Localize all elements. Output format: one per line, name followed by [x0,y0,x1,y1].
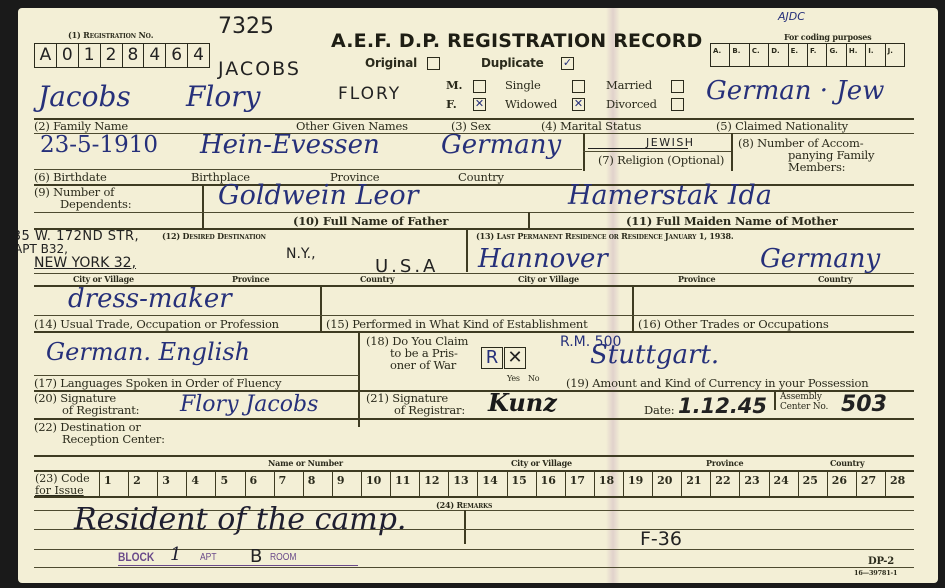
code-cell[interactable]: 11 [391,472,420,496]
strikeout [588,148,688,149]
coding-box[interactable]: F. [808,44,827,66]
code-cell[interactable]: 26 [828,472,857,496]
code-name-header: Name or Number [268,458,343,468]
destination-state-value: N.Y., [286,246,316,262]
print-code: 16—39781-1 [854,569,897,577]
remarks-handwritten: Resident of the camp. [74,502,406,537]
code-cell[interactable]: 16 [537,472,566,496]
form-number: DP-2 [868,556,894,567]
family-members-label-3: Members: [788,160,845,174]
assembly-center-value: 503 [841,392,887,417]
divider [320,285,322,331]
marital-single-checkbox[interactable] [572,80,585,93]
reg-digit: A [35,44,57,67]
destination-country-label: Country [360,274,395,284]
code-cell[interactable]: 18 [595,472,624,496]
coding-purposes-label: For coding purposes [784,32,871,42]
coding-box[interactable]: I. [866,44,885,66]
rule [34,567,914,568]
sex-male-checkbox[interactable] [473,80,486,93]
reg-digit: 4 [188,44,209,67]
rule [34,212,914,213]
rule [34,315,914,316]
mother-name-value: Hamerstak Ida [568,180,772,211]
reg-digit: 2 [101,44,123,67]
last-residence-country-value: Germany [760,244,880,274]
sex-female-checkbox[interactable]: ✕ [473,98,486,111]
code-cell[interactable]: 17 [566,472,595,496]
other-trades-label: (16) Other Trades or Occupations [638,317,829,331]
code-province-header: Province [706,458,743,468]
duplicate-checkbox[interactable]: ✓ [561,57,574,70]
corner-annotation: AJDC [778,10,805,23]
divider [632,285,634,331]
divider [358,331,360,427]
duplicate-label: Duplicate [481,56,544,70]
top-number: 7325 [218,14,274,39]
mother-name-label: (11) Full Maiden Name of Mother [626,214,838,228]
divider [774,390,776,410]
family-name-label: (2) Family Name [34,119,128,133]
stamp-underline [118,565,358,566]
rule [34,549,914,550]
languages-value: German. English [46,338,250,366]
typed-given-name: FLORY [338,84,401,104]
reception-label-2: Reception Center: [62,432,165,446]
stamp-block-label: BLOCK [118,550,154,564]
birthdate-label: (6) Birthdate [34,170,107,184]
code-cell[interactable]: 21 [682,472,711,496]
last-residence-city-value: Hannover [478,244,608,274]
code-cell[interactable]: 20 [653,472,682,496]
currency-label: (19) Amount and Kind of Currency in your… [566,376,868,390]
stamp-apt-label: APT [200,552,217,563]
code-cell[interactable]: 14 [478,472,507,496]
marital-single-label: Single [505,78,541,92]
divider [202,184,204,230]
rule [34,331,914,333]
remarks-code: F-36 [640,528,682,550]
registration-card: AJDC 7325 (1) Registration No. A 0 1 2 8… [18,8,938,583]
claimed-nationality-value: German · Jew [706,76,884,106]
code-label-2: for Issue [35,484,84,497]
trade-value: dress-maker [68,284,232,314]
marital-widowed-checkbox[interactable]: ✕ [572,98,585,111]
marital-divorced-label: Divorced [606,97,657,111]
reg-digit: 0 [57,44,79,67]
residence-province-label: Province [678,274,715,284]
form-title: A.E.F. D.P. REGISTRATION RECORD [331,30,703,52]
registrar-signature: Kunz [488,388,557,417]
stamp-room-label: ROOM [270,552,296,563]
coding-box[interactable]: E. [789,44,808,66]
coding-box[interactable]: G. [827,44,846,66]
reg-digit: 8 [123,44,145,67]
destination-address-line3: NEW YORK 32, [34,255,136,271]
coding-box[interactable]: D. [769,44,788,66]
assembly-label-2: Center No. [780,402,828,412]
code-cell[interactable]: 12 [420,472,449,496]
code-cell[interactable]: 9 [333,472,362,496]
reg-digit: 1 [79,44,101,67]
date-value: 1.12.45 [678,394,767,418]
rule [34,529,914,530]
typed-family-name: JACOBS [218,58,301,80]
reg-digit: 6 [166,44,188,67]
rule [34,228,914,230]
rule [583,151,733,152]
code-cell[interactable]: 5 [216,472,245,496]
handwritten-family-name: Jacobs [38,80,131,113]
pow-label-3: oner of War [390,358,456,372]
stamp-apt-value: B [250,546,262,567]
code-for-issue-grid: (23) Code for Issue 1 2 3 4 5 6 7 8 9 10… [34,470,914,498]
religion-label: (7) Religion (Optional) [598,153,724,167]
rule [34,273,914,274]
registration-number-label: (1) Registration No. [68,30,153,40]
code-cell[interactable]: 2 [129,472,158,496]
registration-number-boxes: A 0 1 2 8 4 6 4 [34,43,210,68]
birth-country-label: Country [458,170,504,184]
registrar-signature-label-2: of Registrar: [394,403,465,417]
code-cell[interactable]: 24 [770,472,799,496]
residence-country-label: Country [818,274,853,284]
code-cell[interactable]: 4 [187,472,216,496]
coding-box[interactable]: C. [750,44,769,66]
coding-box[interactable]: B. [730,44,749,66]
sex-male-label: M. [446,78,462,92]
sex-female-label: F. [446,97,457,111]
pow-no-box[interactable]: ✕ [504,347,526,369]
dependents-label-2: Dependents: [60,197,131,211]
divider [466,228,468,272]
destination-city-label: City or Village [73,274,134,284]
trade-label: (14) Usual Trade, Occupation or Professi… [34,317,279,331]
code-cell[interactable]: 8 [304,472,333,496]
marital-married-label: Married [606,78,652,92]
claimed-nationality-label: (5) Claimed Nationality [716,119,848,133]
pow-yes-label: Yes [507,374,520,383]
coding-box[interactable]: H. [847,44,866,66]
reg-digit: 4 [144,44,166,67]
assembly-label-1: Assembly [780,392,822,402]
marital-divorced-checkbox[interactable] [671,98,684,111]
desired-destination-label: (12) Desired Destination [162,231,266,241]
marital-married-checkbox[interactable] [671,80,684,93]
languages-label: (17) Languages Spoken in Order of Fluenc… [34,376,281,390]
last-residence-label: (13) Last Permanent Residence or Residen… [476,231,733,241]
registrant-signature-label-2: of Registrant: [62,403,139,417]
residence-city-label: City or Village [518,274,579,284]
divider [583,133,585,171]
pow-yes-box[interactable]: R [481,347,503,369]
remarks-label: (24) Remarks [436,500,492,510]
code-cell[interactable]: 27 [857,472,886,496]
code-cell[interactable]: 13 [449,472,478,496]
coding-box[interactable]: J. [886,44,904,66]
code-country-header: Country [830,458,865,468]
establishment-label: (15) Performed in What Kind of Establish… [326,317,588,331]
handwritten-given-name: Flory [186,80,260,113]
rule [34,455,914,457]
currency-value-line2: Stuttgart. [590,340,719,370]
divider [731,133,733,171]
code-cell[interactable]: 22 [711,472,740,496]
rule [34,184,914,186]
divider [464,510,466,544]
code-for-issue-label: (23) Code for Issue [34,472,100,496]
code-cell[interactable]: 19 [624,472,653,496]
code-cell[interactable]: 10 [362,472,391,496]
code-cell[interactable]: 7 [275,472,304,496]
birth-country-value: Germany [441,130,561,160]
father-name-value: Goldwein Leor [218,180,419,211]
code-cell[interactable]: 23 [740,472,769,496]
stamp-block-value: 1 [170,544,181,565]
code-cell[interactable]: 3 [158,472,187,496]
original-checkbox[interactable] [427,57,440,70]
date-label: Date: [644,403,674,417]
birthdate-value: 23-5-1910 [40,132,158,158]
destination-address-line2: APT B32, [18,242,68,256]
birthplace-value: Hein-Evessen [200,130,380,160]
code-city-header: City or Village [511,458,572,468]
registrant-signature: Flory Jacobs [180,392,318,417]
code-cell[interactable]: 25 [799,472,828,496]
pow-no-label: No [528,374,539,383]
destination-province-label: Province [232,274,269,284]
code-cell[interactable]: 6 [246,472,275,496]
father-name-label: (10) Full Name of Father [293,214,448,228]
marital-widowed-label: Widowed [505,97,557,111]
rule [34,418,914,420]
code-cell[interactable]: 1 [100,472,129,496]
coding-boxes: A. B. C. D. E. F. G. H. I. J. [710,43,905,67]
code-cell[interactable]: 28 [886,472,914,496]
original-label: Original [365,56,417,70]
coding-box[interactable]: A. [711,44,730,66]
code-cell[interactable]: 15 [508,472,537,496]
